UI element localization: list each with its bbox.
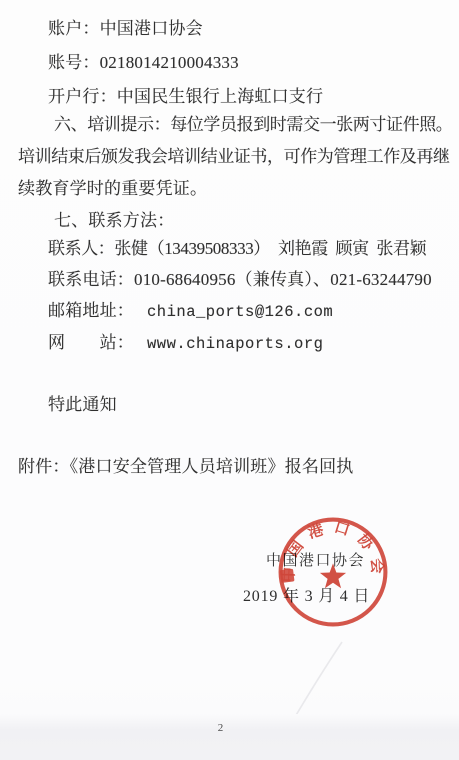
line-section6-wrap1: 培训结束后颁发我会培训结业证书，可作为管理工作及再继	[18, 146, 450, 167]
line-section7: 七、联系方法：	[54, 210, 174, 231]
website-label: 网 站：	[48, 333, 134, 352]
line-section6-wrap2: 续教育学时的重要凭证。	[18, 178, 207, 199]
line-phones: 联系电话：010-68640956（兼传真）、021-63244790	[48, 269, 432, 290]
seal-code-mark	[280, 569, 295, 583]
page-number: 2	[0, 722, 441, 734]
document-page: 账户：中国港口协会 账号：0218014210004333 开户行：中国民生银行…	[0, 0, 459, 760]
line-bank: 开户行：中国民生银行上海虹口支行	[48, 86, 323, 107]
line-account-name: 账户：中国港口协会	[48, 18, 203, 39]
email-label: 邮箱地址：	[48, 301, 134, 320]
email-value: china_ports@126.com	[147, 303, 333, 321]
line-email: 邮箱地址：china_ports@126.com	[48, 300, 333, 322]
line-website: 网 站：www.chinaports.org	[48, 332, 323, 354]
scan-shadow-band	[0, 714, 459, 760]
official-seal: 中国港口协会	[276, 515, 390, 629]
line-closing: 特此通知	[48, 394, 117, 415]
line-contacts: 联系人：张健（13439508333） 刘艳霞 顾寅 张君颖	[48, 238, 426, 259]
line-account-number: 账号：0218014210004333	[48, 52, 239, 73]
website-value: www.chinaports.org	[147, 335, 323, 353]
seal-star-icon	[320, 563, 346, 588]
line-section6: 六、培训提示：每位学员报到时需交一张两寸证件照。	[54, 114, 452, 135]
line-attachment: 附件：《港口安全管理人员培训班》报名回执	[18, 456, 354, 477]
